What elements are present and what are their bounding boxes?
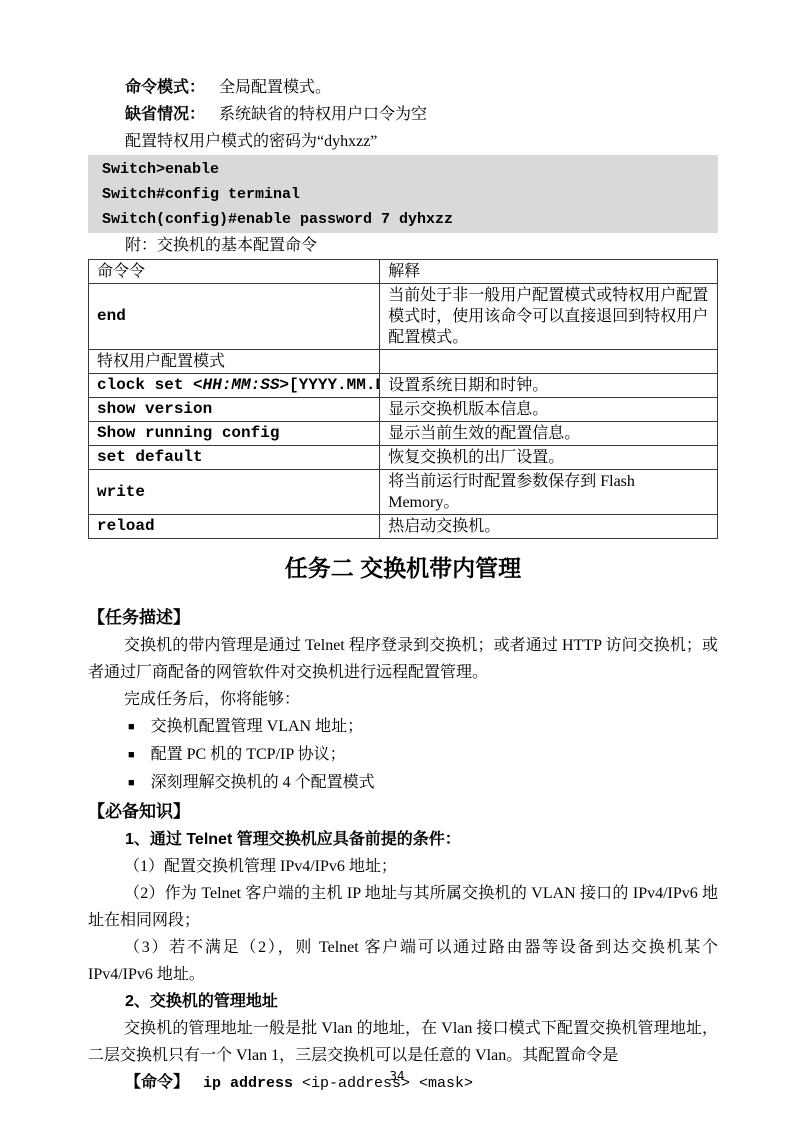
table-row: reload 热启动交换机。 xyxy=(89,515,718,539)
list-item-text: 交换机配置管理 VLAN 地址； xyxy=(151,718,363,735)
command-cell: write xyxy=(89,470,380,515)
explanation-cell: 显示当前生效的配置信息。 xyxy=(380,422,718,446)
list-item-text: 配置 PC 机的 TCP/IP 协议； xyxy=(151,746,346,763)
table-row: set default 恢复交换机的出厂设置。 xyxy=(89,446,718,470)
document-page: 命令模式：全局配置模式。 缺省情况：系统缺省的特权用户口令为空 配置特权用户模式… xyxy=(0,0,794,1123)
table-row: clock set <HH:MM:SS>[YYYY.MM.DD] 设置系统日期和… xyxy=(89,374,718,398)
condition-2: （2）作为 Telnet 客户端的主机 IP 地址与其所属交换机的 VLAN 接… xyxy=(88,880,718,934)
command-cell: show version xyxy=(89,398,380,422)
command-cell: end xyxy=(89,284,380,350)
table-row: show version 显示交换机版本信息。 xyxy=(89,398,718,422)
list-item-text: 深刻理解交换机的 4 个配置模式 xyxy=(151,774,375,791)
list-item: ■交换机配置管理 VLAN 地址； xyxy=(88,713,718,741)
code-line: Switch(config)#enable password 7 dyhxzz xyxy=(102,207,712,232)
list-item: ■配置 PC 机的 TCP/IP 协议； xyxy=(88,741,718,769)
column-header-command: 命令令 xyxy=(89,260,380,284)
condition-3: （3）若不满足（2），则 Telnet 客户端可以通过路由器等设备到达交换机某个… xyxy=(88,934,718,988)
table-caption: 附：交换机的基本配置命令 xyxy=(88,233,718,259)
table-header-row: 命令令 解释 xyxy=(89,260,718,284)
knowledge-label: 【必备知识】 xyxy=(88,797,718,826)
explanation-cell: 恢复交换机的出厂设置。 xyxy=(380,446,718,470)
list-item: ■深刻理解交换机的 4 个配置模式 xyxy=(88,769,718,797)
task-description-label: 【任务描述】 xyxy=(88,603,718,632)
command-mode-label: 命令模式： xyxy=(125,79,205,96)
square-bullet-icon: ■ xyxy=(128,714,135,741)
column-header-explanation: 解释 xyxy=(380,260,718,284)
task-outcome-lead: 完成任务后，你将能够： xyxy=(88,686,718,713)
table-row: Show running config 显示当前生效的配置信息。 xyxy=(89,422,718,446)
knowledge-item2-title: 2、交换机的管理地址 xyxy=(88,988,718,1015)
task-description-paragraph: 交换机的带内管理是通过 Telnet 程序登录到交换机；或者通过 HTTP 访问… xyxy=(88,632,718,686)
command-cell: Show running config xyxy=(89,422,380,446)
table-row: end 当前处于非一般用户配置模式或特权用户配置模式时，使用该命令可以直接退回到… xyxy=(89,284,718,350)
password-line: 配置特权用户模式的密码为“dyhxzz” xyxy=(88,128,718,155)
basic-commands-table: 命令令 解释 end 当前处于非一般用户配置模式或特权用户配置模式时，使用该命令… xyxy=(88,259,718,539)
command-cell: reload xyxy=(89,515,380,539)
table-row: 特权用户配置模式 xyxy=(89,350,718,374)
explanation-cell xyxy=(380,350,718,374)
square-bullet-icon: ■ xyxy=(128,742,135,769)
explanation-cell: 当前处于非一般用户配置模式或特权用户配置模式时，使用该命令可以直接退回到特权用户… xyxy=(380,284,718,350)
page-number: 34 xyxy=(0,1069,794,1083)
explanation-cell: 显示交换机版本信息。 xyxy=(380,398,718,422)
command-cell: 特权用户配置模式 xyxy=(89,350,380,374)
knowledge-item1-title: 1、通过 Telnet 管理交换机应具备前提的条件： xyxy=(88,826,718,853)
cli-code-block: Switch>enable Switch#config terminal Swi… xyxy=(88,155,718,233)
explanation-cell: 设置系统日期和时钟。 xyxy=(380,374,718,398)
command-cell: clock set <HH:MM:SS>[YYYY.MM.DD] xyxy=(89,374,380,398)
command-mode-text: 全局配置模式。 xyxy=(219,79,331,96)
explanation-cell: 将当前运行时配置参数保存到 Flash Memory。 xyxy=(380,470,718,515)
command-mode-line: 命令模式：全局配置模式。 xyxy=(88,74,718,101)
code-line: Switch>enable xyxy=(102,157,712,182)
table-row: write 将当前运行时配置参数保存到 Flash Memory。 xyxy=(89,470,718,515)
square-bullet-icon: ■ xyxy=(128,770,135,797)
command-cell: set default xyxy=(89,446,380,470)
default-situation-text: 系统缺省的特权用户口令为空 xyxy=(219,106,427,123)
default-situation-label: 缺省情况： xyxy=(125,106,205,123)
condition-1: （1）配置交换机管理 IPv4/IPv6 地址； xyxy=(88,853,718,880)
management-address-paragraph: 交换机的管理地址一般是批 Vlan 的地址，在 Vlan 接口模式下配置交换机管… xyxy=(88,1015,718,1069)
explanation-cell: 热启动交换机。 xyxy=(380,515,718,539)
code-line: Switch#config terminal xyxy=(102,182,712,207)
section-heading: 任务二 交换机带内管理 xyxy=(88,553,718,583)
default-situation-line: 缺省情况：系统缺省的特权用户口令为空 xyxy=(88,101,718,128)
